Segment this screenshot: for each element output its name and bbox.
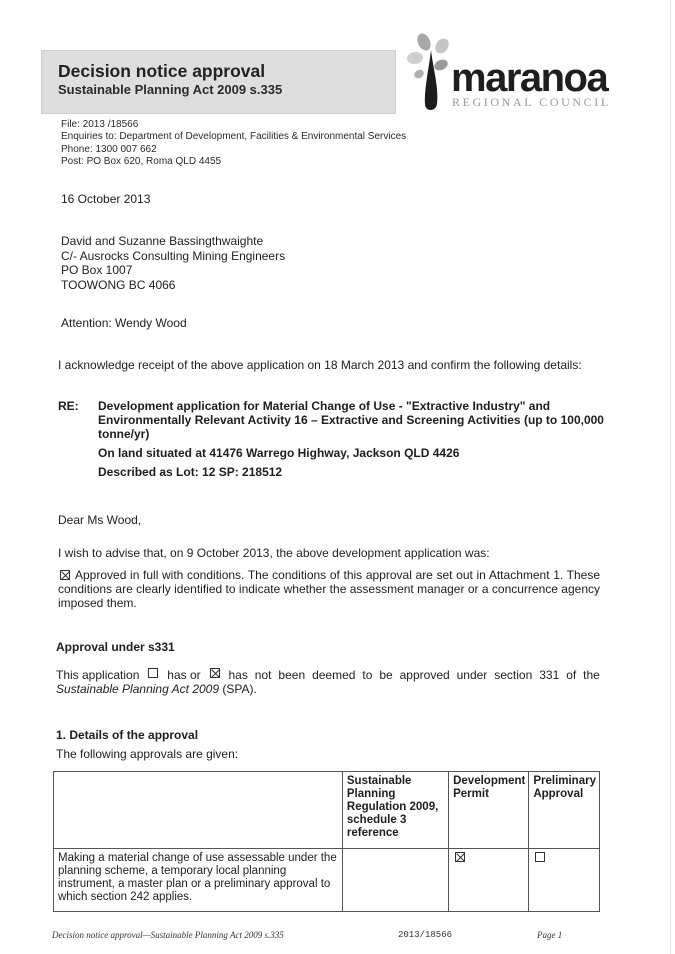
s331-word: to bbox=[362, 668, 372, 682]
s331-has-label: has or bbox=[167, 668, 200, 682]
s331-word: has bbox=[229, 668, 248, 682]
page-number: Page 1 bbox=[537, 930, 562, 940]
column-header: Preliminary Approval bbox=[529, 772, 600, 849]
document-title: Decision notice approval bbox=[58, 61, 265, 82]
development-permit-cell bbox=[449, 849, 529, 912]
recipient-address: David and Suzanne Bassingthwaighte C/- A… bbox=[61, 234, 285, 292]
table-row: Making a material change of use assessab… bbox=[54, 849, 600, 912]
post-address: Post: PO Box 620, Roma QLD 4455 bbox=[61, 156, 406, 168]
development-permit-checkbox[interactable] bbox=[455, 852, 465, 862]
s331-word: under bbox=[457, 668, 488, 682]
s331-word: be bbox=[379, 668, 392, 682]
s331-word: section bbox=[494, 668, 532, 682]
act-suffix: (SPA). bbox=[219, 682, 257, 696]
address-line: C/- Ausrocks Consulting Mining Engineers bbox=[61, 249, 285, 264]
approval-description: Making a material change of use assessab… bbox=[54, 849, 343, 912]
table-header-row: Sustainable Planning Regulation 2009, sc… bbox=[54, 772, 600, 849]
attention-line: Attention: Wendy Wood bbox=[61, 316, 187, 331]
details-intro: The following approvals are given: bbox=[56, 747, 238, 762]
s331-word: not bbox=[255, 668, 272, 682]
s331-act-line: Sustainable Planning Act 2009 (SPA). bbox=[56, 682, 600, 696]
re-subject: Development application for Material Cha… bbox=[98, 399, 608, 441]
details-heading: 1. Details of the approval bbox=[56, 728, 198, 742]
has-not-checkbox[interactable] bbox=[210, 668, 220, 678]
approved-statement: Approved in full with conditions. The co… bbox=[58, 568, 600, 610]
column-header: Development Permit bbox=[449, 772, 529, 849]
re-lot: Described as Lot: 12 SP: 218512 bbox=[98, 465, 282, 479]
footer-reference: 2013/18566 bbox=[398, 930, 452, 940]
scan-edge bbox=[670, 0, 671, 954]
s331-prefix: This application bbox=[56, 668, 139, 682]
s331-word: approved bbox=[400, 668, 450, 682]
re-label: RE: bbox=[58, 399, 79, 413]
address-line: TOOWONG BC 4066 bbox=[61, 278, 285, 293]
document-subtitle: Sustainable Planning Act 2009 s.335 bbox=[58, 82, 282, 97]
approved-checkbox[interactable] bbox=[60, 570, 70, 580]
s331-word: been bbox=[278, 668, 305, 682]
phone: Phone: 1300 007 662 bbox=[61, 144, 406, 156]
re-land: On land situated at 41476 Warrego Highwa… bbox=[98, 446, 459, 460]
address-line: PO Box 1007 bbox=[61, 263, 285, 278]
acknowledgement: I acknowledge receipt of the above appli… bbox=[58, 358, 582, 373]
schedule-reference bbox=[342, 849, 448, 912]
act-name: Sustainable Planning Act 2009 bbox=[56, 682, 219, 696]
s331-word: deemed bbox=[312, 668, 355, 682]
advise-text: I wish to advise that, on 9 October 2013… bbox=[58, 546, 490, 561]
salutation: Dear Ms Wood, bbox=[58, 513, 141, 528]
preliminary-approval-cell bbox=[529, 849, 600, 912]
s331-word: 331 bbox=[539, 668, 559, 682]
preliminary-approval-checkbox[interactable] bbox=[535, 852, 545, 862]
column-header bbox=[54, 772, 343, 849]
footer-title: Decision notice approval—Sustainable Pla… bbox=[52, 930, 284, 940]
s331-line: This application has or hasnotbeendeemed… bbox=[56, 668, 600, 682]
logo-wordmark: maranoa bbox=[451, 58, 607, 98]
s331-heading: Approval under s331 bbox=[56, 640, 175, 654]
s331-word: of bbox=[566, 668, 576, 682]
enquiries: Enquiries to: Department of Development,… bbox=[61, 131, 406, 143]
approved-text: Approved in full with conditions. The co… bbox=[58, 568, 600, 610]
s331-statement: This application has or hasnotbeendeemed… bbox=[56, 668, 600, 696]
s331-word: the bbox=[583, 668, 600, 682]
logo-subtitle: REGIONAL COUNCIL bbox=[452, 95, 611, 110]
column-header: Sustainable Planning Regulation 2009, sc… bbox=[342, 772, 448, 849]
file-number: File: 2013 /18566 bbox=[61, 119, 406, 131]
file-meta: File: 2013 /18566 Enquiries to: Departme… bbox=[61, 119, 406, 169]
letter-date: 16 October 2013 bbox=[61, 192, 150, 207]
address-line: David and Suzanne Bassingthwaighte bbox=[61, 234, 285, 249]
approvals-table: Sustainable Planning Regulation 2009, sc… bbox=[53, 771, 600, 912]
has-checkbox[interactable] bbox=[148, 668, 158, 678]
